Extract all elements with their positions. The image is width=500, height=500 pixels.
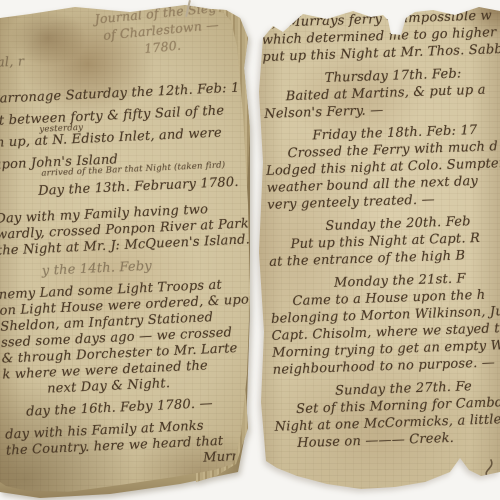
photo-background: Journal of the Siegeof Charlestown —1780… [0, 0, 500, 500]
right-leaf-group: 2) Murrays ferry — impossible wwhich det… [0, 0, 500, 500]
right-page: 2) Murrays ferry — impossible wwhich det… [257, 2, 500, 494]
ink-flourish [475, 458, 495, 486]
right-page-text: Murrays ferry — impossible wwhich determ… [261, 5, 500, 453]
